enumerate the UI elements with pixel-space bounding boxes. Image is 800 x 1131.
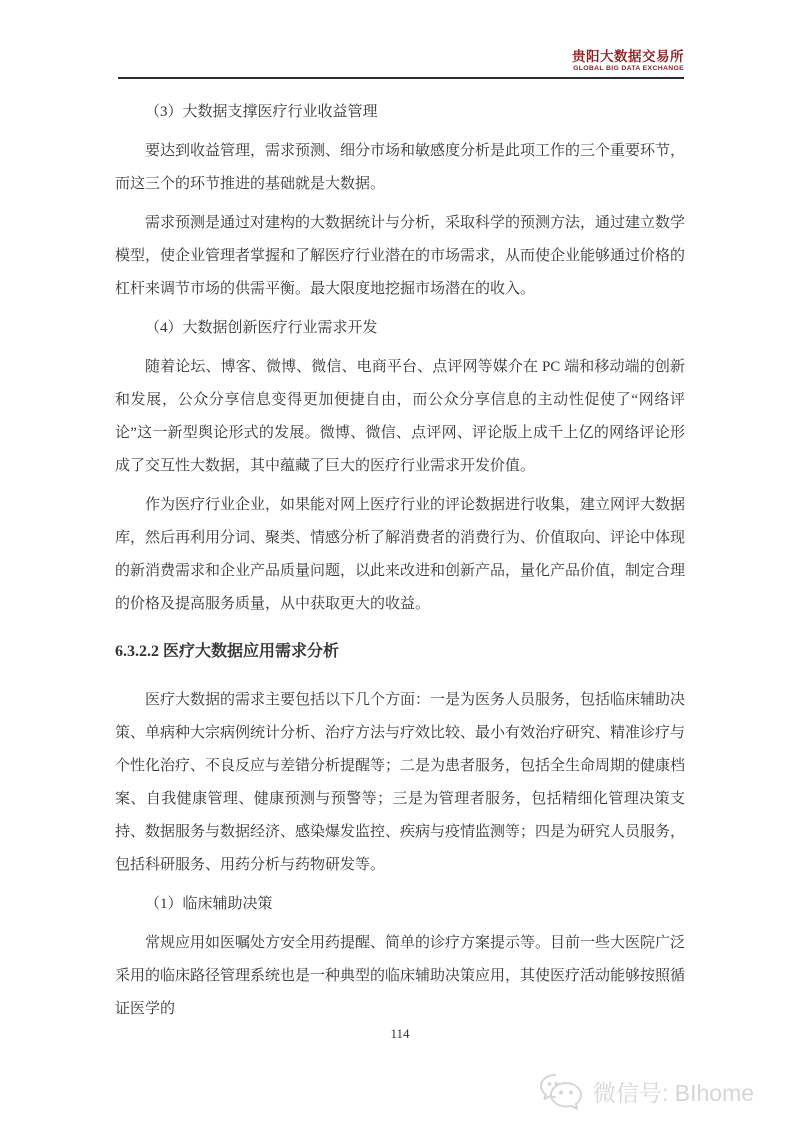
paragraph: 作为医疗行业企业，如果能对网上医疗行业的评论数据进行收集，建立网评大数据库，然后… [115, 489, 685, 621]
header-logo-subtitle: GLOBAL BIG DATA EXCHANGE [572, 64, 684, 73]
paragraph: 需求预测是通过对建构的大数据统计与分析，采取科学的预测方法，通过建立数学模型，使… [115, 207, 685, 306]
wechat-chat-bubbles-icon [538, 1072, 584, 1110]
heading-item-3: （3）大数据支撑医疗行业收益管理 [115, 96, 685, 129]
paragraph: 要达到收益管理，需求预测、细分市场和敏感度分析是此项工作的三个重要环节，而这三个… [115, 135, 685, 201]
paragraph: 随着论坛、博客、微博、微信、电商平台、点评网等媒介在 PC 端和移动端的创新和发… [115, 351, 685, 483]
document-body: （3）大数据支撑医疗行业收益管理 要达到收益管理，需求预测、细分市场和敏感度分析… [115, 96, 685, 1032]
wechat-watermark-label: 微信号: BIhome [593, 1075, 754, 1108]
paragraph: 常规应用如医嘱处方安全用药提醒、简单的诊疗方案提示等。目前一些大医院广泛采用的临… [115, 927, 685, 1026]
page-number: 114 [0, 1026, 800, 1042]
header-logo-title: 贵阳大数据交易所 [572, 49, 684, 64]
heading-item-1: （1）临床辅助决策 [115, 888, 685, 921]
header-rule [118, 77, 684, 79]
document-page: 贵阳大数据交易所 GLOBAL BIG DATA EXCHANGE （3）大数据… [0, 0, 800, 1131]
paragraph: 医疗大数据的需求主要包括以下几个方面：一是为医务人员服务，包括临床辅助决策、单病… [115, 684, 685, 882]
heading-item-4: （4）大数据创新医疗行业需求开发 [115, 312, 685, 345]
wechat-watermark: 微信号: BIhome [538, 1072, 754, 1110]
section-heading-6322: 6.3.2.2 医疗大数据应用需求分析 [115, 635, 685, 668]
header-logo: 贵阳大数据交易所 GLOBAL BIG DATA EXCHANGE [572, 49, 684, 73]
